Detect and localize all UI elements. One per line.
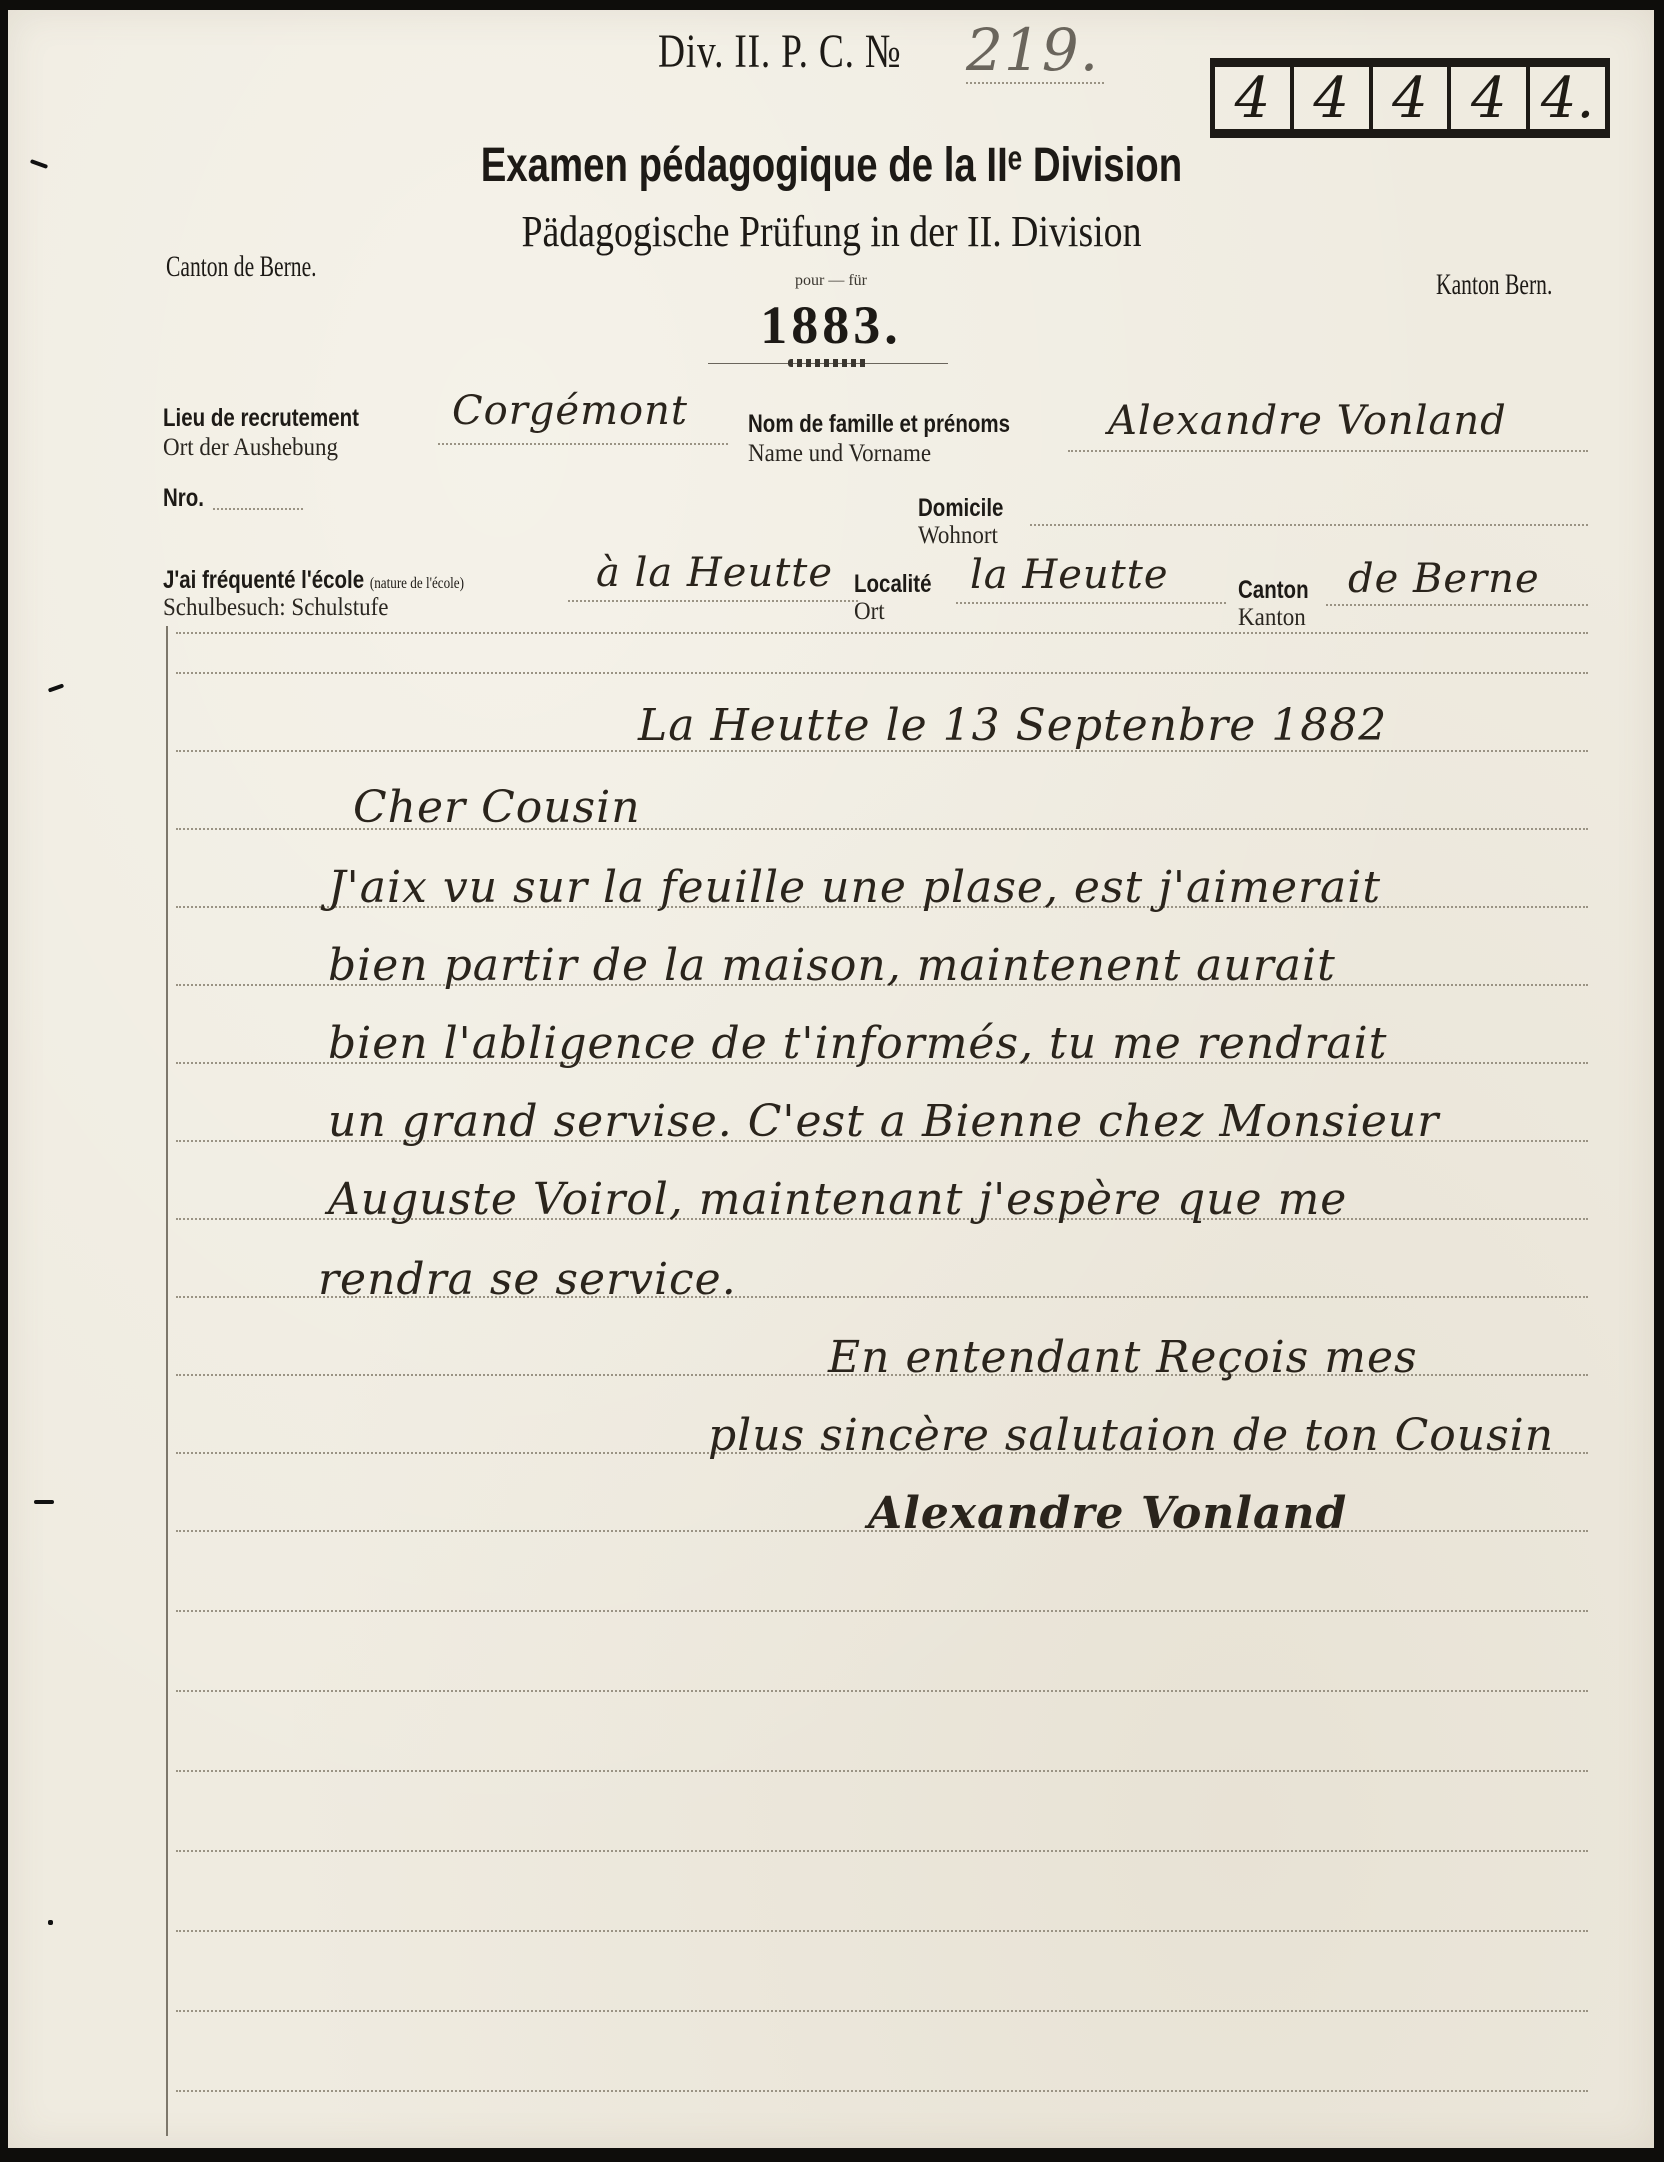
ruled-line bbox=[176, 1770, 1588, 1772]
letter-salutation: Cher Cousin bbox=[353, 782, 641, 833]
grade-box-1: 4 bbox=[1215, 67, 1294, 129]
binding-mark bbox=[34, 1500, 54, 1504]
recruitment-place-label-de: Ort der Aushebung bbox=[163, 434, 338, 462]
grade-box-5: 4. bbox=[1530, 67, 1605, 129]
name-value: Alexandre Vonland bbox=[1108, 398, 1507, 444]
letter-closing-line-1: En entendant Reçois mes bbox=[828, 1332, 1418, 1383]
binding-mark bbox=[48, 683, 64, 692]
grade-box-2: 4 bbox=[1294, 67, 1373, 129]
school-value: à la Heutte bbox=[596, 550, 833, 596]
school-label-de: Schulbesuch: Schulstufe bbox=[163, 594, 389, 622]
ornament-divider bbox=[708, 362, 948, 366]
locality-label-de: Ort bbox=[854, 598, 885, 626]
nro-label: Nro. bbox=[163, 484, 204, 513]
exam-year: 1883. bbox=[8, 294, 1654, 356]
letter-body-line-3: bien l'abligence de t'informés, tu me re… bbox=[328, 1018, 1387, 1069]
domicile-label: Domicile bbox=[918, 494, 1003, 523]
letter-body-line-1: J'aix vu sur la feuille une plase, est j… bbox=[328, 862, 1381, 913]
letter-closing-line-2: plus sincère salutaion de ton Cousin bbox=[708, 1410, 1554, 1461]
locality-value: la Heutte bbox=[970, 552, 1169, 598]
recruitment-place-label: Lieu de recrutement bbox=[163, 404, 359, 433]
letter-body-line-6: rendra se service. bbox=[318, 1254, 737, 1305]
letter-body-line-5: Auguste Voirol, maintenant j'espère que … bbox=[328, 1174, 1347, 1225]
letter-date-line: La Heutte le 13 Septenbre 1882 bbox=[638, 700, 1387, 751]
ruled-line bbox=[176, 1850, 1588, 1852]
locality-line bbox=[956, 602, 1226, 604]
name-line bbox=[1068, 450, 1588, 452]
nro-line bbox=[213, 508, 303, 510]
binding-mark bbox=[48, 1920, 53, 1925]
domicile-label-de: Wohnort bbox=[918, 522, 998, 550]
locality-label: Localité bbox=[854, 570, 931, 599]
domicile-line bbox=[1030, 524, 1588, 526]
ruled-line bbox=[176, 1610, 1588, 1612]
recruitment-place-value: Corgémont bbox=[452, 388, 688, 434]
letter-body-line-4: un grand servise. C'est a Bienne chez Mo… bbox=[328, 1096, 1439, 1147]
pour-fuer-label: pour — für bbox=[8, 272, 1654, 290]
grade-box-4: 4 bbox=[1451, 67, 1530, 129]
canton-value: de Berne bbox=[1348, 556, 1540, 602]
canton-label: Canton bbox=[1238, 576, 1309, 605]
grade-box-3: 4 bbox=[1373, 67, 1452, 129]
letter-body-line-2: bien partir de la maison, maintenent aur… bbox=[328, 940, 1336, 991]
ruled-line bbox=[176, 672, 1588, 674]
ruled-line bbox=[176, 1930, 1588, 1932]
ruled-line bbox=[176, 632, 1588, 634]
division-label: Div. II. P. C. № bbox=[658, 24, 901, 79]
letter-signature: Alexandre Vonland bbox=[868, 1488, 1347, 1539]
canton-line bbox=[1326, 604, 1588, 606]
recruitment-place-line bbox=[438, 443, 728, 445]
ruled-line bbox=[176, 2090, 1588, 2092]
school-label: J'ai fréquenté l'école (nature de l'écol… bbox=[163, 566, 464, 595]
grade-boxes: 4 4 4 4 4. bbox=[1210, 58, 1610, 138]
division-number-dots bbox=[966, 82, 1104, 84]
name-label: Nom de famille et prénoms bbox=[748, 410, 1010, 439]
name-label-de: Name und Vorname bbox=[748, 440, 931, 468]
ruled-line bbox=[176, 1690, 1588, 1692]
title-french: Examen pédagogique de la IIᵉ Division bbox=[8, 138, 1654, 193]
ornament-flourish bbox=[788, 359, 868, 367]
school-line bbox=[568, 600, 858, 602]
ruled-line bbox=[176, 2010, 1588, 2012]
exam-sheet: Div. II. P. C. № 219. 4 4 4 4 4. Examen … bbox=[8, 10, 1654, 2148]
division-number: 219. bbox=[966, 16, 1099, 84]
canton-label-de: Kanton bbox=[1238, 604, 1306, 632]
left-margin-rule bbox=[166, 626, 168, 2136]
